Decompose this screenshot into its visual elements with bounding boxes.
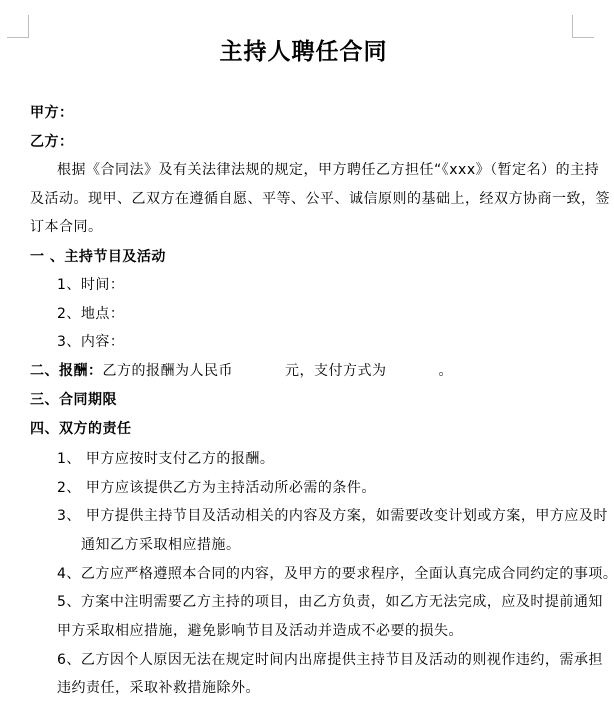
top-left-margin-mark xyxy=(7,15,29,38)
top-right-margin-mark xyxy=(572,15,594,38)
section-2-heading: 二、报酬： xyxy=(30,363,103,379)
party-b-label: 乙方： xyxy=(30,132,74,152)
responsibility-item-5-line-2: 甲方采取相应措施，避免影响节目及活动并造成不必要的损失。 xyxy=(57,621,463,641)
document-title: 主持人聘任合同 xyxy=(0,36,607,68)
responsibility-item-2: 2、 甲方应该提供乙方为主持活动所必需的条件。 xyxy=(57,478,376,498)
party-a-label: 甲方： xyxy=(30,103,74,123)
preamble-line-3: 订本合同。 xyxy=(30,217,103,237)
responsibility-item-6-line-2: 违约责任，采取补救措施除外。 xyxy=(57,678,260,698)
section-1-item-time: 1、时间： xyxy=(57,275,124,295)
responsibility-item-3-line-1: 3、 甲方提供主持节目及活动相关的内容及方案，如需要改变计划或方案，甲方应及时 xyxy=(57,506,608,526)
section-1-heading: 一 、主持节目及活动 xyxy=(30,247,166,267)
responsibility-item-6-line-1: 6、乙方因个人原因无法在规定时间内出席提供主持节目及活动的则视作违约，需承担 xyxy=(57,650,603,670)
preamble-line-2: 及活动。现甲、乙双方在遵循自愿、平等、公平、诚信原则的基础上，经双方协商一致，签 xyxy=(30,189,610,209)
section-4-heading: 四、双方的责任 xyxy=(30,419,132,439)
section-1-item-location: 2、地点： xyxy=(57,304,124,324)
payment-text-before: 乙方的报酬为人民币 xyxy=(103,363,234,379)
payment-text-end: 。 xyxy=(439,363,454,379)
responsibility-item-1: 1、 甲方应按时支付乙方的报酬。 xyxy=(57,449,274,469)
section-2-line: 二、报酬：乙方的报酬为人民币元，支付方式为。 xyxy=(30,361,453,381)
responsibility-item-5-line-1: 5、方案中注明需要乙方主持的项目，由乙方负责，如乙方无法完成，应及时提前通知 xyxy=(57,592,603,612)
preamble-line-1: 根据《合同法》及有关法律法规的规定，甲方聘任乙方担任“《xxx》（暂定名）的主持 xyxy=(57,160,599,180)
responsibility-item-4: 4、乙方应严格遵照本合同的内容，及甲方的要求程序，全面认真完成合同约定的事项。 xyxy=(57,564,614,584)
payment-text-after: 元，支付方式为 xyxy=(285,363,387,379)
section-3-heading: 三、合同期限 xyxy=(30,390,117,410)
section-1-item-content: 3、内容： xyxy=(57,332,124,352)
responsibility-item-3-line-2: 通知乙方采取相应措施。 xyxy=(81,535,241,555)
